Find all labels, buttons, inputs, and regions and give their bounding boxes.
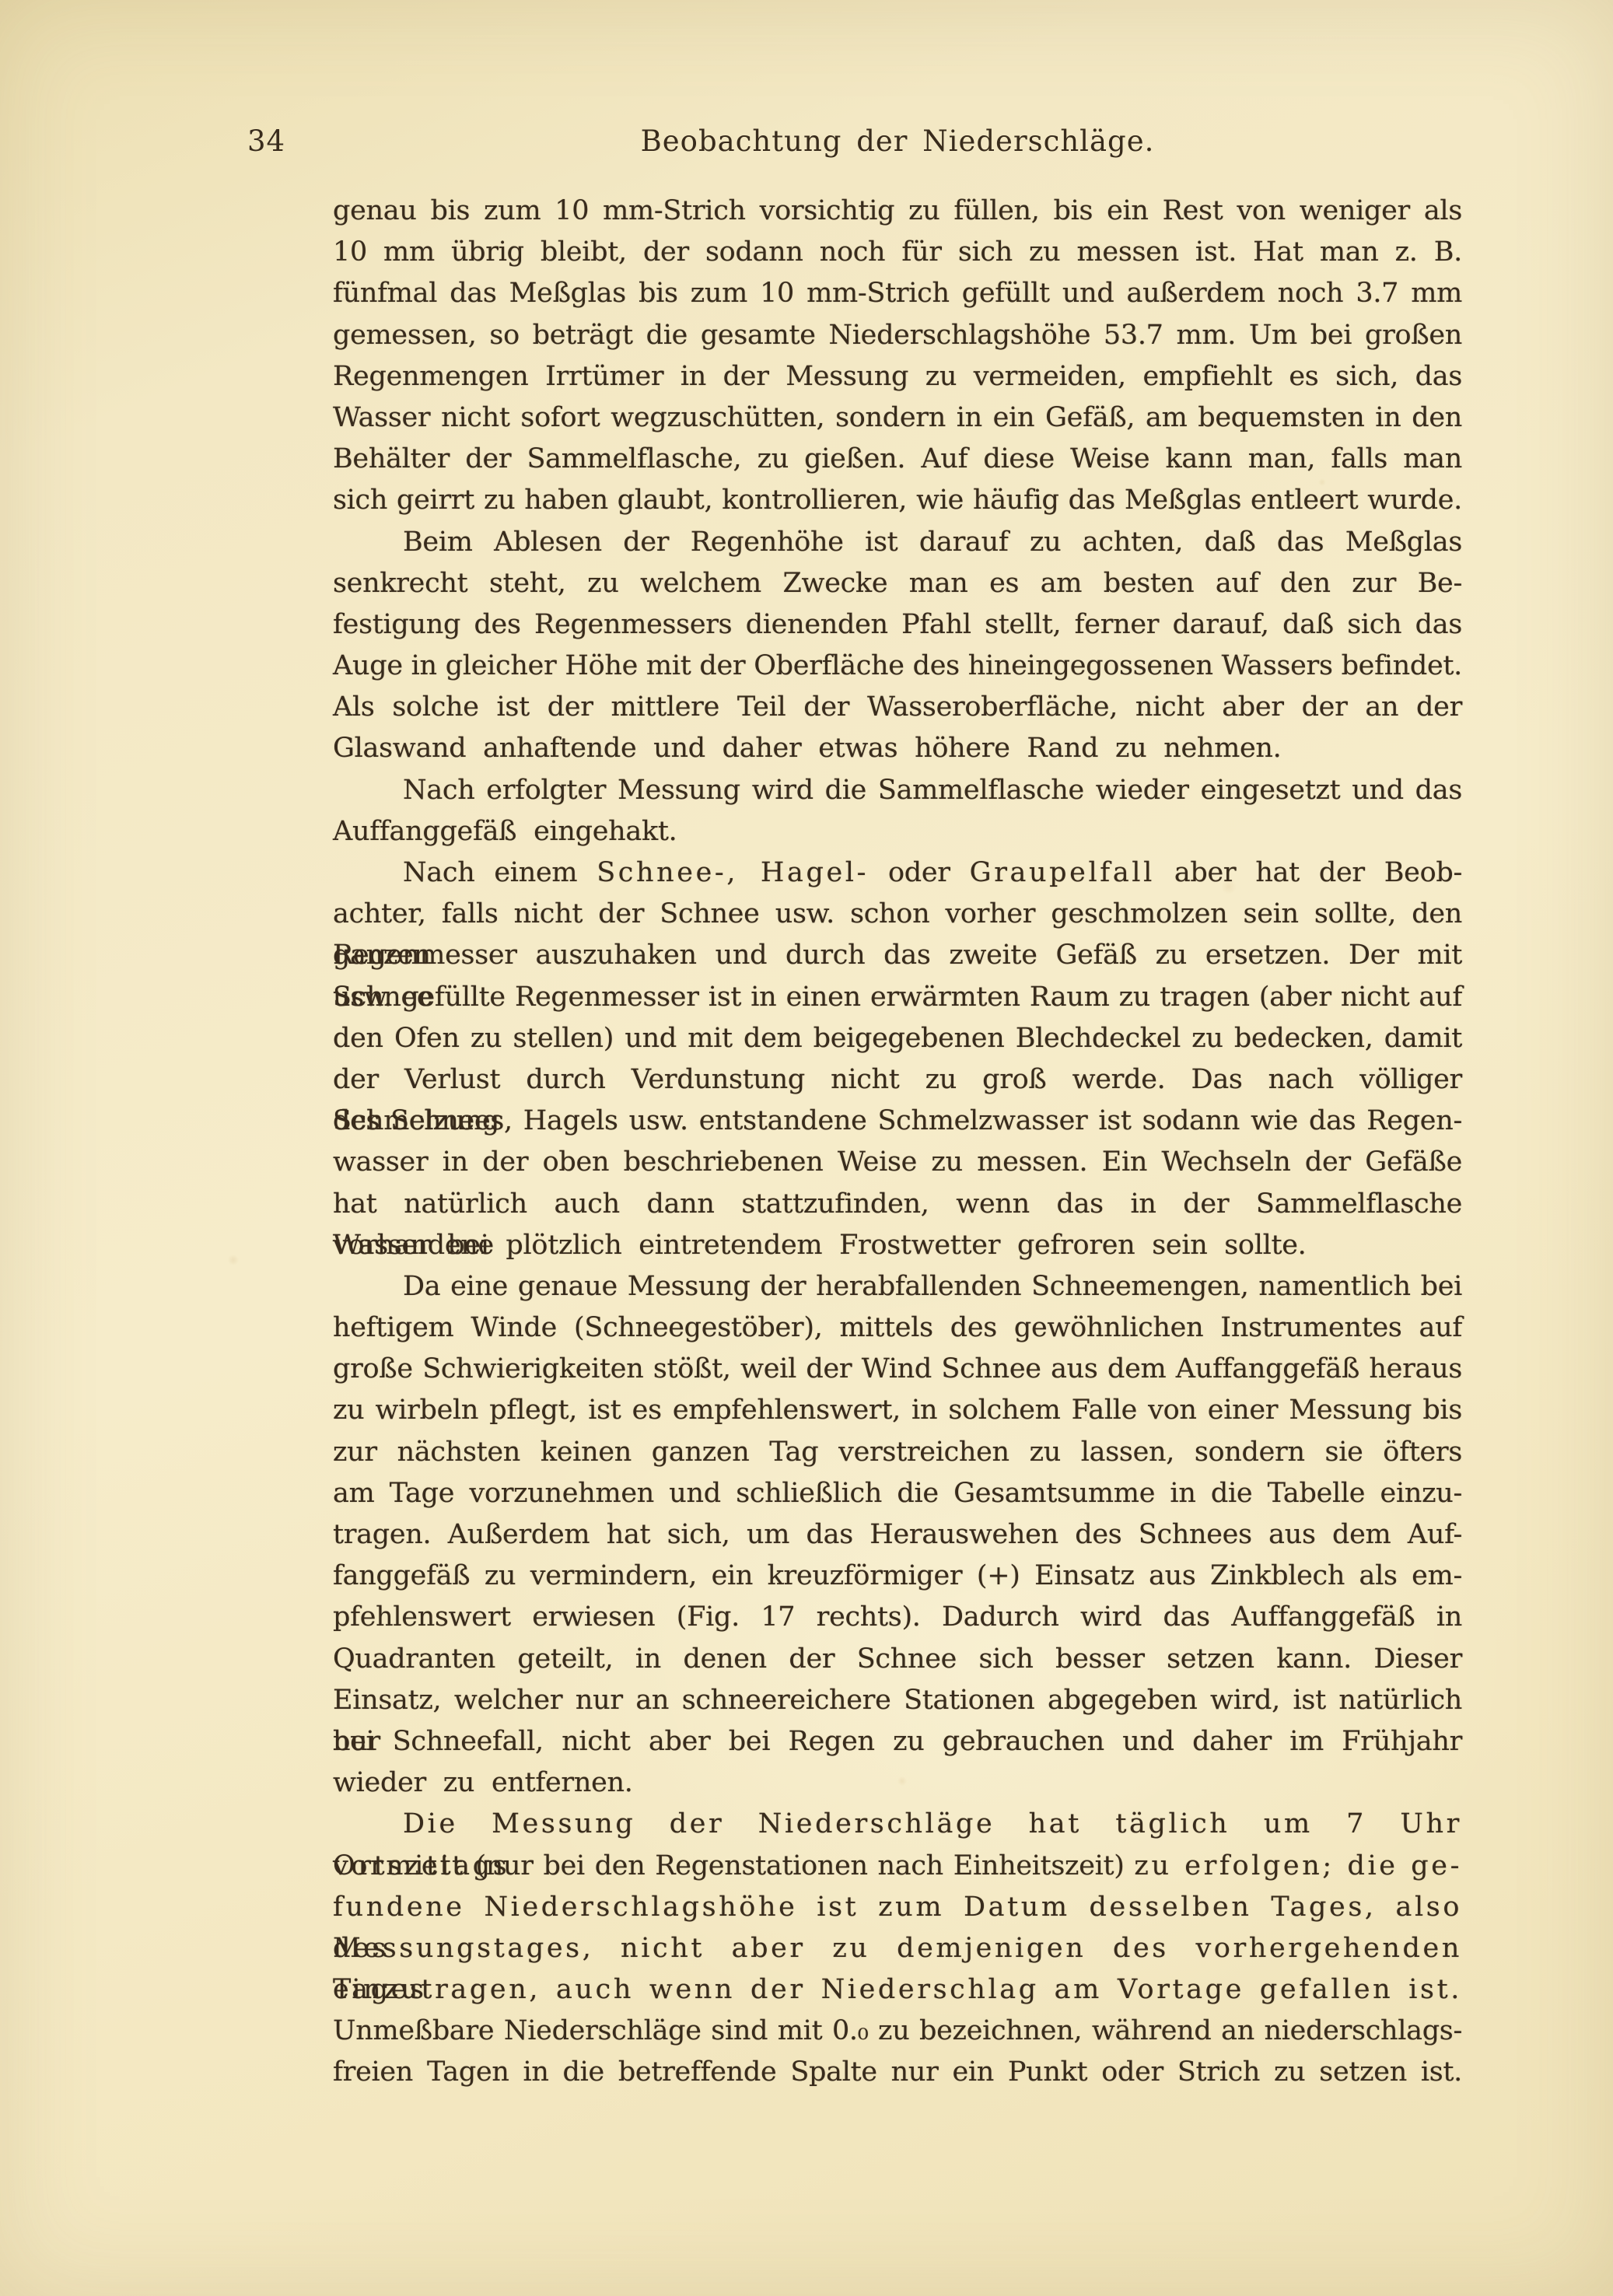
text-line: Unmeßbare Niederschläge sind mit 0.₀ zu …	[333, 2011, 1462, 2052]
text-segment: oder	[869, 857, 970, 888]
page-number: 34	[247, 124, 285, 158]
text-line: Da eine genaue Messung der herabfallende…	[333, 1266, 1462, 1307]
text-line: usw. gefüllte Regenmesser ist in einen e…	[333, 977, 1462, 1018]
text-line: Auge in gleicher Höhe mit der Oberfläche…	[333, 646, 1462, 687]
text-line: bei Schneefall, nicht aber bei Regen zu …	[333, 1721, 1462, 1762]
text-line: Nach einem Schnee-, Hagel- oder Graupelf…	[333, 852, 1462, 894]
text-line: Quadranten geteilt, in denen der Schnee …	[333, 1639, 1462, 1680]
text-line: senkrecht steht, zu welchem Zwecke man e…	[333, 563, 1462, 604]
text-line: genau bis zum 10 mm-Strich vorsichtig zu…	[333, 191, 1462, 232]
text-line: am Tage vorzunehmen und schließlich die …	[333, 1473, 1462, 1514]
text-line: sich geirrt zu haben glaubt, kontrollier…	[333, 480, 1462, 521]
text-line: zur nächsten keinen ganzen Tag verstreic…	[333, 1432, 1462, 1473]
text-line: große Schwierigkeiten stößt, weil der Wi…	[333, 1349, 1462, 1390]
text-line: wasser in der oben beschriebenen Weise z…	[333, 1142, 1462, 1183]
text-line: Regenmesser auszuhaken und durch das zwe…	[333, 935, 1462, 976]
text-line: des Schnees, Hagels usw. entstandene Sch…	[333, 1101, 1462, 1142]
text-line: fanggefäß zu vermindern, ein kreuzförmig…	[333, 1556, 1462, 1597]
text-segment: zu erfolgen; die ge-	[1134, 1850, 1462, 1881]
text-segment: Schnee-, Hagel-	[597, 857, 869, 888]
text-line: Ortszeit (nur bei den Regenstationen nac…	[333, 1846, 1462, 1887]
text-line: wieder zu entfernen.	[333, 1762, 1462, 1804]
text-segment: (nur bei den Regenstationen nach Einheit…	[466, 1850, 1135, 1881]
text-line: 10 mm übrig bleibt, der sodann noch für …	[333, 232, 1462, 273]
text-line: Messungstages, nicht aber zu demjenigen …	[333, 1928, 1462, 1969]
text-line: tragen. Außerdem hat sich, um das Heraus…	[333, 1514, 1462, 1556]
text-line: heftigem Winde (Schneegestöber), mittels…	[333, 1307, 1462, 1349]
text-line: Wasser bei plötzlich eintretendem Frostw…	[333, 1225, 1462, 1266]
running-head-title: Beobachtung der Niederschläge.	[333, 124, 1462, 158]
text-line: hat natürlich auch dann stattzufinden, w…	[333, 1184, 1462, 1225]
text-segment: Graupelfall	[970, 857, 1155, 888]
text-line: Wasser nicht sofort wegzuschütten, sonde…	[333, 397, 1462, 439]
text-segment: Ortszeit	[333, 1850, 466, 1881]
text-line: pfehlenswert erwiesen (Fig. 17 rechts). …	[333, 1597, 1462, 1638]
text-line: freien Tagen in die betreffende Spalte n…	[333, 2052, 1462, 2093]
text-segment: Nach einem	[403, 857, 597, 888]
text-line: Regenmengen Irrtümer in der Messung zu v…	[333, 356, 1462, 397]
text-line: achter, falls nicht der Schnee usw. scho…	[333, 894, 1462, 935]
text-line: Die Messung der Niederschläge hat täglic…	[333, 1804, 1462, 1845]
text-line: festigung des Regenmessers dienenden Pfa…	[333, 604, 1462, 646]
book-page: 34 Beobachtung der Niederschläge. genau …	[0, 0, 1613, 2296]
page-header: 34 Beobachtung der Niederschläge.	[0, 124, 1613, 171]
text-line: zu wirbeln pflegt, ist es empfehlenswert…	[333, 1390, 1462, 1431]
text-line: gemessen, so beträgt die gesamte Nieders…	[333, 315, 1462, 356]
text-line: fundene Niederschlagshöhe ist zum Datum …	[333, 1887, 1462, 1928]
text-line: Auffanggefäß eingehakt.	[333, 811, 1462, 852]
text-line: Glaswand anhaftende und daher etwas höhe…	[333, 728, 1462, 769]
text-segment: aber hat der Beob-	[1155, 857, 1462, 888]
text-line: der Verlust durch Verdunstung nicht zu g…	[333, 1059, 1462, 1101]
text-line: Beim Ablesen der Regenhöhe ist darauf zu…	[333, 522, 1462, 563]
text-line: Behälter der Sammelflasche, zu gießen. A…	[333, 439, 1462, 480]
text-line: Nach erfolgter Messung wird die Sammelfl…	[333, 770, 1462, 811]
body-text-block: genau bis zum 10 mm-Strich vorsichtig zu…	[333, 191, 1462, 2094]
text-line: Einsatz, welcher nur an schneereichere S…	[333, 1680, 1462, 1721]
text-line: Als solche ist der mittlere Teil der Was…	[333, 687, 1462, 728]
text-line: fünfmal das Meßglas bis zum 10 mm-Strich…	[333, 273, 1462, 314]
text-line: den Ofen zu stellen) und mit dem beigege…	[333, 1018, 1462, 1059]
text-line: einzutragen, auch wenn der Niederschlag …	[333, 1969, 1462, 2011]
